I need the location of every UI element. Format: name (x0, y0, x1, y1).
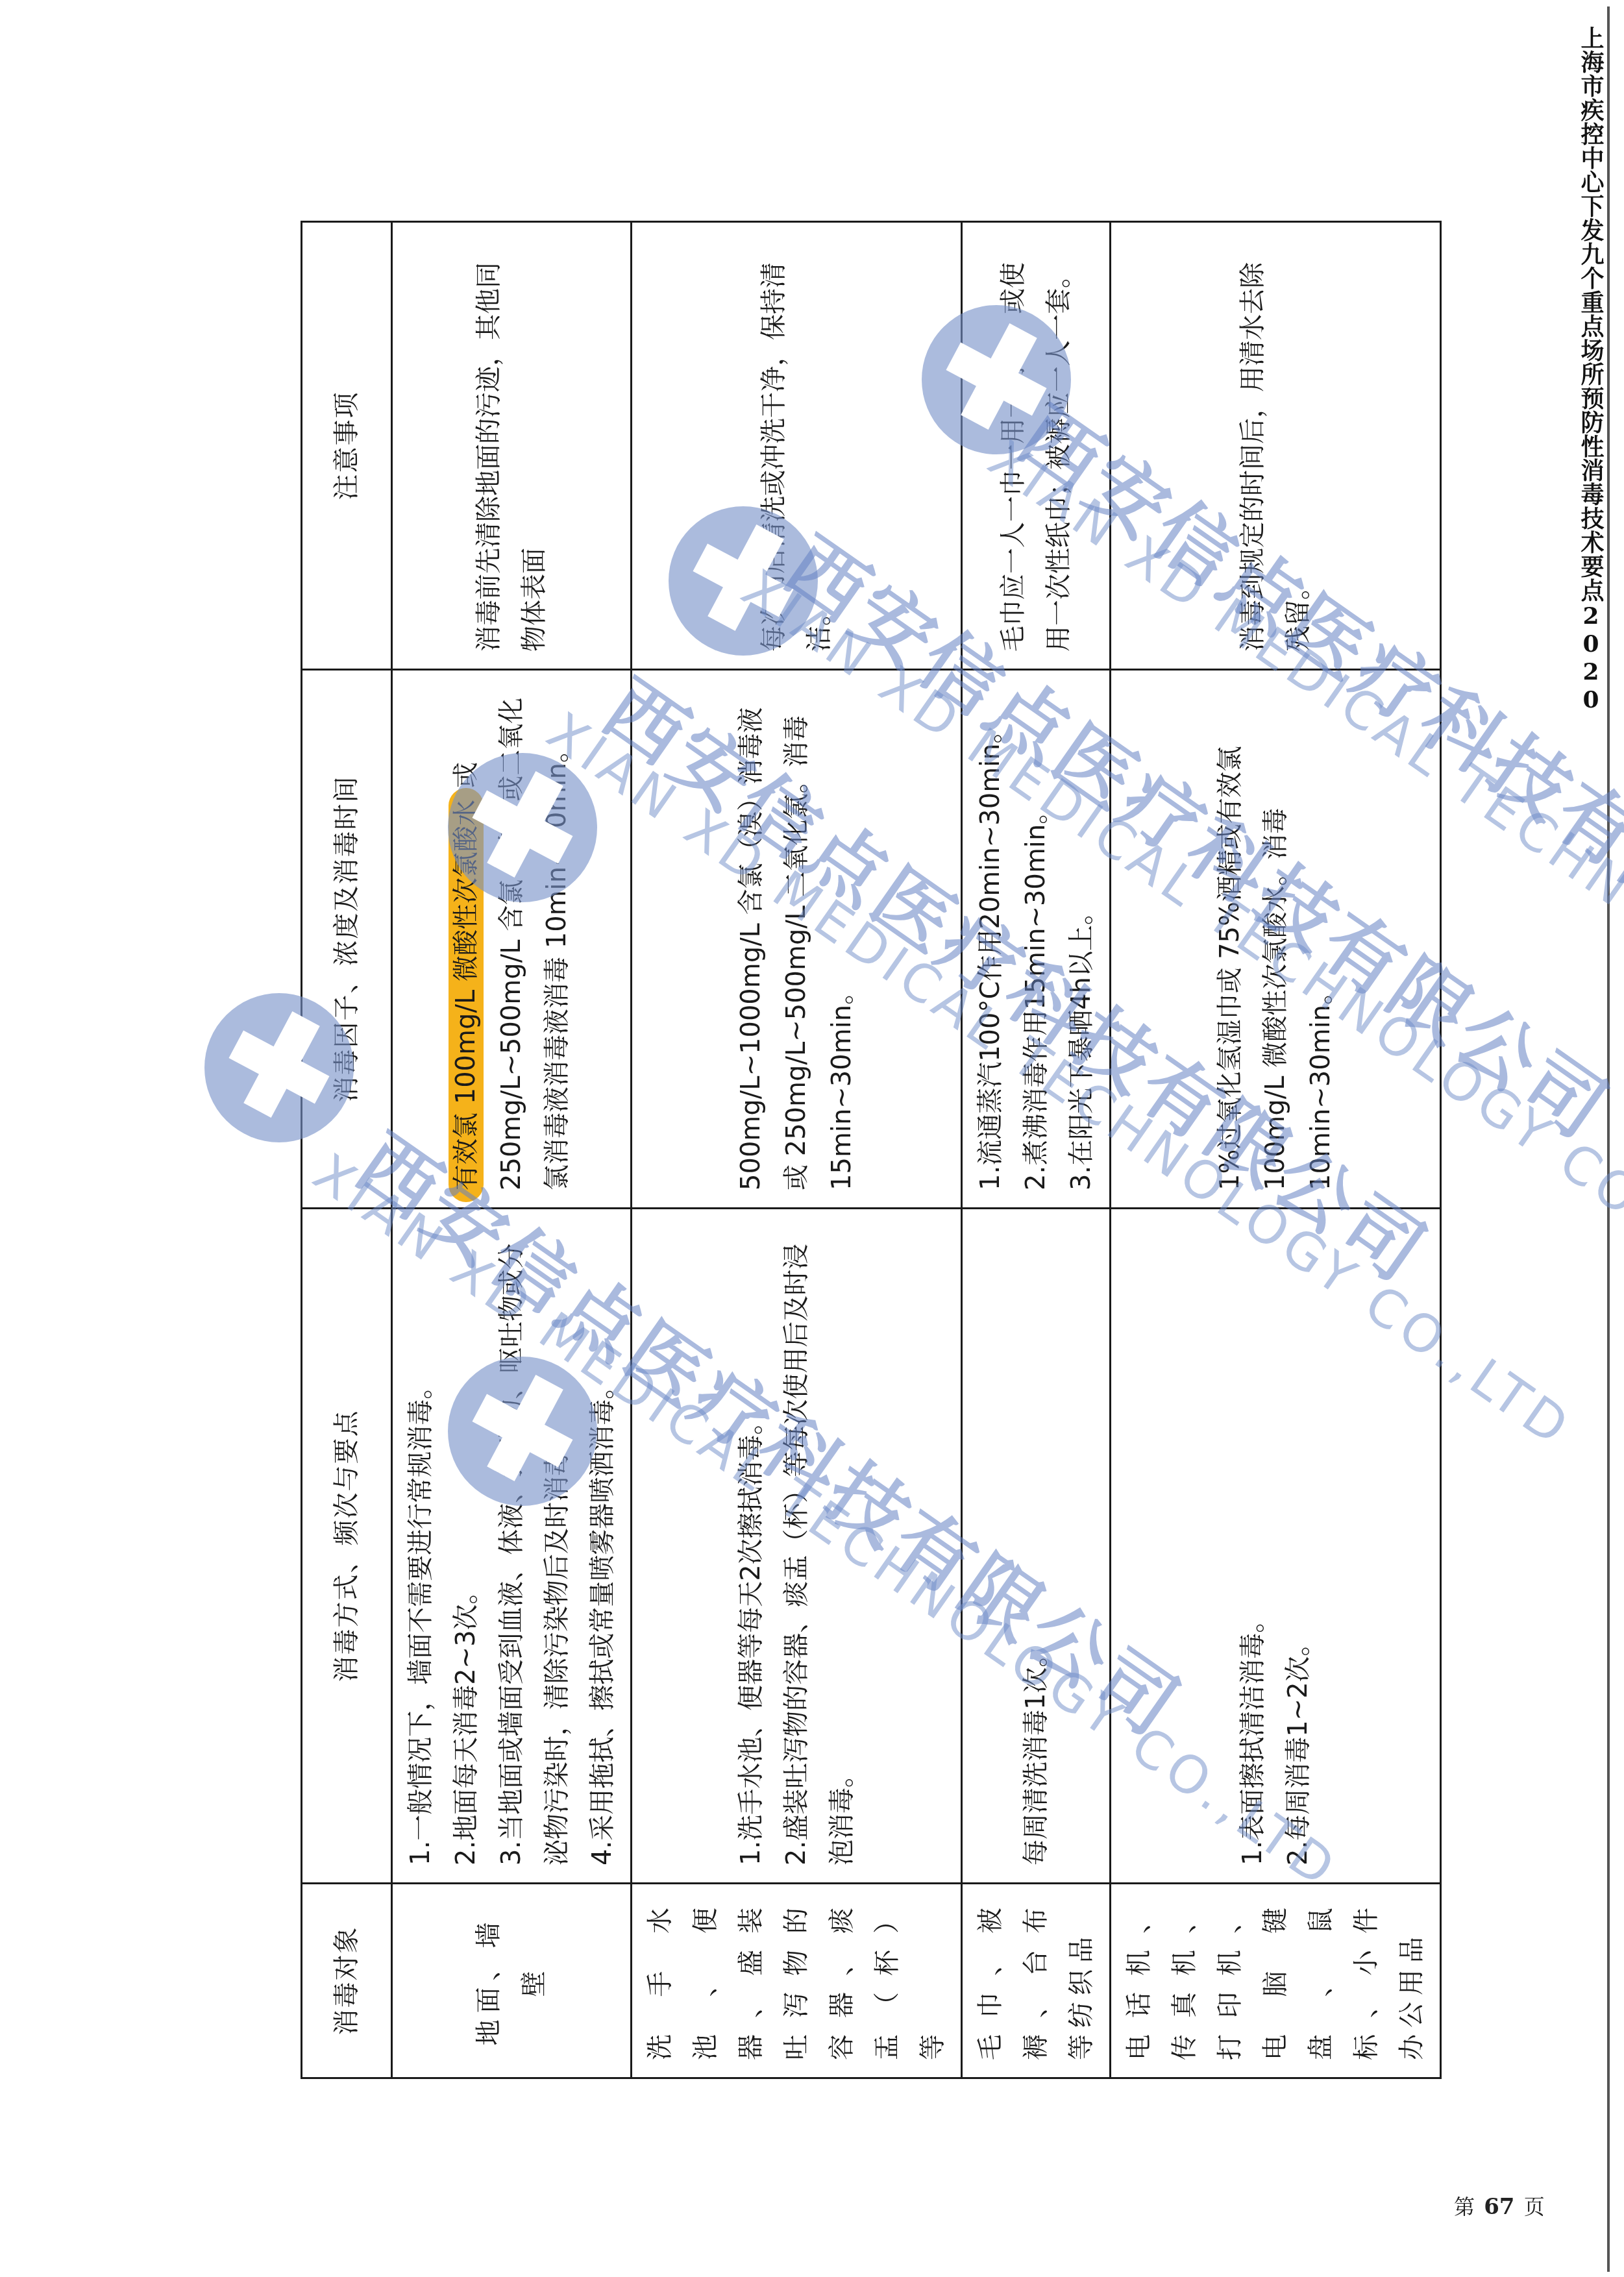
cell-method: 1.表面擦拭清洁消毒。 2.每周消毒1~2次。 (1111, 1209, 1441, 1884)
table-row: 电话机、传真机、打印机、电脑键盘、鼠标、小件办公用品 1.表面擦拭清洁消毒。 2… (1111, 222, 1441, 2078)
cell-factor: 1%过氧化氢湿巾或 75%酒精或有效氯 100mg/L 微酸性次氯酸水。消毒 1… (1111, 670, 1441, 1209)
method-item: 1.一般情况下，墙面不需要进行常规消毒。 (398, 1226, 443, 1865)
cell-object: 洗手水池、便器、盛装吐泻物的容器、痰盂（杯）等 (632, 1884, 962, 2078)
method-item: 2.地面每天消毒2~3次。 (443, 1226, 489, 1865)
running-title-rule (1607, 6, 1610, 2272)
header-note: 注意事项 (302, 222, 392, 670)
cell-method: 1.一般情况下，墙面不需要进行常规消毒。 2.地面每天消毒2~3次。 3.当地面… (392, 1209, 632, 1884)
page-number: 第 67 页 (1454, 2191, 1545, 2221)
cell-factor: 1.流通蒸汽100°C作用20min~30min。 2.煮沸消毒作用15min~… (962, 670, 1111, 1209)
cell-note: 消毒到规定的时间后，用清水去除残留。 (1111, 222, 1441, 670)
method-item: 4.采用拖拭、擦拭或常量喷雾器喷洒消毒。 (580, 1226, 625, 1865)
cell-object: 地面、墙壁 (392, 1884, 632, 2078)
disinfection-table-container: 消毒对象 消毒方式、频次与要点 消毒因子、浓度及消毒时间 注意事项 地面、墙壁 … (301, 223, 1248, 2079)
header-object: 消毒对象 (302, 1884, 392, 2078)
cell-factor: 500mg/L~1000mg/L 含氯（溴）消毒液或 250mg/L~500mg… (632, 670, 962, 1209)
page-number-suffix: 页 (1524, 2195, 1545, 2219)
cell-method: 1.洗手水池、便器等每天2次擦拭消毒。 2.盛装吐泻物的容器、痰盂（杯）等每次使… (632, 1209, 962, 1884)
table-row: 地面、墙壁 1.一般情况下，墙面不需要进行常规消毒。 2.地面每天消毒2~3次。… (392, 222, 632, 2078)
disinfection-table: 消毒对象 消毒方式、频次与要点 消毒因子、浓度及消毒时间 注意事项 地面、墙壁 … (301, 221, 1442, 2079)
table-row: 毛巾、被褥、台布等纺织品 每周清洗消毒1次。 1.流通蒸汽100°C作用20mi… (962, 222, 1111, 2078)
page-number-value: 67 (1484, 2194, 1514, 2220)
cell-note: 消毒前先清除地面的污迹，其他同物体表面 (392, 222, 632, 670)
cell-object: 电话机、传真机、打印机、电脑键盘、鼠标、小件办公用品 (1111, 1884, 1441, 2078)
page-number-prefix: 第 (1454, 2195, 1475, 2219)
method-item: 每周清洗消毒1次。 (1013, 1226, 1059, 1865)
cell-factor: 有效氯 100mg/L 微酸性次氯酸水或250mg/L~500mg/L 含氯（溴… (392, 670, 632, 1209)
header-factor: 消毒因子、浓度及消毒时间 (302, 670, 392, 1209)
cell-note: 每次用后清洗或冲洗干净，保持清洁。 (632, 222, 962, 670)
method-item: 2.盛装吐泻物的容器、痰盂（杯）等每次使用后及时浸泡消毒。 (774, 1226, 865, 1865)
method-item: 3.当地面或墙面受到血液、体液、排泄物、呕吐物或分泌物污染时，清除污染物后及时消… (489, 1226, 580, 1865)
table-row: 洗手水池、便器、盛装吐泻物的容器、痰盂（杯）等 1.洗手水池、便器等每天2次擦拭… (632, 222, 962, 2078)
header-method: 消毒方式、频次与要点 (302, 1209, 392, 1884)
method-item: 1.洗手水池、便器等每天2次擦拭消毒。 (728, 1226, 774, 1865)
method-item: 2.每周消毒1~2次。 (1275, 1226, 1321, 1865)
factor-item: 3.在阳光下暴晒4h以上。 (1059, 687, 1104, 1190)
cell-note: 毛巾应一人一巾一用一消毒，或使用一次性纸巾；被褥应一人一套。 (962, 222, 1111, 670)
cell-object: 毛巾、被褥、台布等纺织品 (962, 1884, 1111, 2078)
highlighted-factor: 有效氯 100mg/L 微酸性次氯酸水 (449, 788, 484, 1202)
document-running-title: 上海市疾控中心下发九个重点场所预防性消毒技术要点2020 (1576, 26, 1605, 714)
table-header-row: 消毒对象 消毒方式、频次与要点 消毒因子、浓度及消毒时间 注意事项 (302, 222, 392, 2078)
method-item: 1.表面擦拭清洁消毒。 (1230, 1226, 1275, 1865)
cell-method: 每周清洗消毒1次。 (962, 1209, 1111, 1884)
factor-item: 1.流通蒸汽100°C作用20min~30min。 (968, 687, 1013, 1190)
factor-item: 2.煮沸消毒作用15min~30min。 (1013, 687, 1059, 1190)
